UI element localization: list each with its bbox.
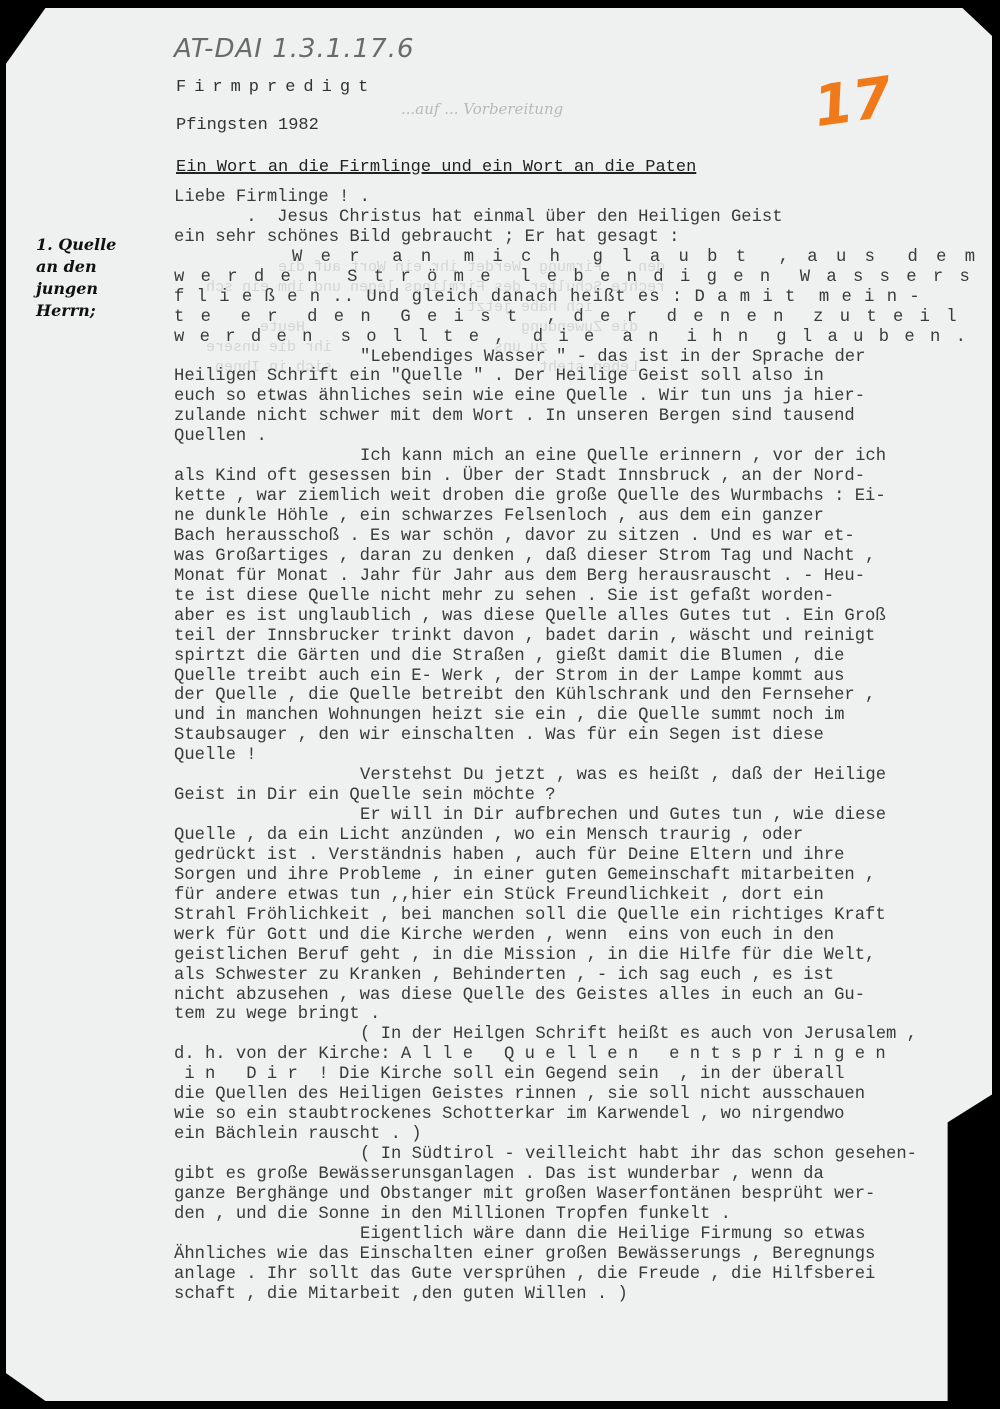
text-line: Eigentlich wäre dann die Heilige Firmung… bbox=[174, 1225, 1000, 1245]
text-line: Monat für Monat . Jahr für Jahr aus dem … bbox=[174, 567, 1000, 587]
document-title: Firmpredigt bbox=[176, 78, 376, 97]
document-subtitle: Ein Wort an die Firmlinge und ein Wort a… bbox=[176, 158, 696, 177]
margin-note: 1. Quelle an den jungen Herrn; bbox=[36, 234, 146, 322]
text-line: ne dunkle Höhle , ein schwarzes Felsenlo… bbox=[174, 507, 1000, 527]
text-line: te ist diese Quelle nicht mehr zu sehen … bbox=[174, 587, 1000, 607]
text-line: Strahl Fröhlichkeit , bei manchen soll d… bbox=[174, 906, 1000, 926]
text-line: euch so etwas ähnliches sein wie eine Qu… bbox=[174, 387, 1000, 407]
margin-note-line: jungen bbox=[36, 278, 146, 300]
text-line: der Quelle , die Quelle betreibt den Küh… bbox=[174, 686, 1000, 706]
text-line: aber es ist unglaublich , was diese Quel… bbox=[174, 607, 1000, 627]
text-line: d. h. von der Kirche: A l l e Q u e l l … bbox=[174, 1045, 1000, 1065]
sermon-body: Liebe Firmlinge ! . . Jesus Christus hat… bbox=[174, 188, 1000, 1305]
text-line: kette , war ziemlich weit droben die gro… bbox=[174, 487, 1000, 507]
text-line: Bach herausschoß . Es war schön , davor … bbox=[174, 527, 1000, 547]
text-line: nicht abzusehen , was diese Quelle des G… bbox=[174, 986, 1000, 1006]
text-line: spirtzt die Gärten und die Straßen , gie… bbox=[174, 647, 1000, 667]
document-date: Pfingsten 1982 bbox=[176, 116, 319, 135]
text-line: ganze Berghänge und Obstanger mit großen… bbox=[174, 1185, 1000, 1205]
text-line: ein sehr schönes Bild gebraucht ; Er hat… bbox=[174, 228, 1000, 248]
text-line: "Lebendiges Wasser " - das ist in der Sp… bbox=[174, 348, 1000, 368]
text-line: W e r a n m i c h g l a u b t , a u s d … bbox=[174, 248, 1000, 268]
document-page: den Firmung Werdet ihr ein Wort auf die … bbox=[6, 8, 992, 1401]
text-line: Staubsauger , den wir einschalten . Was … bbox=[174, 726, 1000, 746]
text-line: ( In der Heilgen Schrift heißt es auch v… bbox=[174, 1025, 1000, 1045]
text-line: den , und die Sonne in den Millionen Tro… bbox=[174, 1205, 1000, 1225]
archive-id: AT-DAI 1.3.1.17.6 bbox=[174, 34, 415, 64]
text-line: schaft , die Mitarbeit ,den guten Willen… bbox=[174, 1285, 1000, 1305]
text-line: die Quellen des Heiligen Geistes rinnen … bbox=[174, 1085, 1000, 1105]
text-line: als Schwester zu Kranken , Behinderten ,… bbox=[174, 966, 1000, 986]
page-number-mark: 17 bbox=[810, 65, 896, 140]
text-line: und in manchen Wohnungen heizt sie ein ,… bbox=[174, 706, 1000, 726]
text-line: Liebe Firmlinge ! . bbox=[174, 188, 1000, 208]
text-line: zulande nicht schwer mit dem Wort . In u… bbox=[174, 407, 1000, 427]
text-line: Quelle ! bbox=[174, 746, 1000, 766]
text-line: wie so ein staubtrockenes Schotterkar im… bbox=[174, 1105, 1000, 1125]
text-line: gedrückt ist . Verständnis haben , auch … bbox=[174, 846, 1000, 866]
text-line: . Jesus Christus hat einmal über den Hei… bbox=[174, 208, 1000, 228]
text-line: als Kind oft gesessen bin . Über der Sta… bbox=[174, 467, 1000, 487]
text-line: anlage . Ihr sollt das Gute versprühen ,… bbox=[174, 1265, 1000, 1285]
faint-handwritten-note: ...auf ... Vorbereitung bbox=[401, 100, 563, 118]
text-line: gibt es große Bewässerunsganlagen . Das … bbox=[174, 1165, 1000, 1185]
text-line: w e r d e n S t r ö m e l e b e n d i g … bbox=[174, 268, 1000, 288]
text-line: Er will in Dir aufbrechen und Gutes tun … bbox=[174, 806, 1000, 826]
text-line: Ich kann mich an eine Quelle erinnern , … bbox=[174, 447, 1000, 467]
margin-note-line: Herrn; bbox=[36, 300, 146, 322]
text-line: f l i e ß e n .. Und gleich danach heißt… bbox=[174, 288, 1000, 308]
text-line: i n D i r ! Die Kirche soll ein Gegend s… bbox=[174, 1065, 1000, 1085]
text-line: Quelle , da ein Licht anzünden , wo ein … bbox=[174, 826, 1000, 846]
text-line: Heiligen Schrift ein "Quelle " . Der Hei… bbox=[174, 367, 1000, 387]
text-line: Verstehst Du jetzt , was es heißt , daß … bbox=[174, 766, 1000, 786]
margin-note-line: 1. Quelle bbox=[36, 234, 146, 256]
text-line: w e r d e n s o l l t e , d i e a n i h … bbox=[174, 328, 1000, 348]
text-line: Ähnliches wie das Einschalten einer groß… bbox=[174, 1245, 1000, 1265]
text-line: für andere etwas tun ,,hier ein Stück Fr… bbox=[174, 886, 1000, 906]
text-line: t e e r d e n G e i s t , d e r d e n e … bbox=[174, 308, 1000, 328]
text-line: Geist in Dir ein Quelle sein möchte ? bbox=[174, 786, 1000, 806]
text-line: Sorgen und ihre Probleme , in einer gute… bbox=[174, 866, 1000, 886]
text-line: Quellen . bbox=[174, 427, 1000, 447]
text-line: tem zu wege bringt . bbox=[174, 1005, 1000, 1025]
text-line: werk für Gott und die Kirche werden , we… bbox=[174, 926, 1000, 946]
margin-note-line: an den bbox=[36, 256, 146, 278]
text-line: ein Bächlein rauscht . ) bbox=[174, 1125, 1000, 1145]
text-line: Quelle treibt auch ein E- Werk , der Str… bbox=[174, 667, 1000, 687]
text-line: was Großartiges , daran zu denken , daß … bbox=[174, 547, 1000, 567]
text-line: ( In Südtirol - veilleicht habt ihr das … bbox=[174, 1145, 1000, 1165]
text-line: geistlichen Beruf geht , in die Mission … bbox=[174, 946, 1000, 966]
text-line: teil der Innsbrucker trinkt davon , bade… bbox=[174, 627, 1000, 647]
